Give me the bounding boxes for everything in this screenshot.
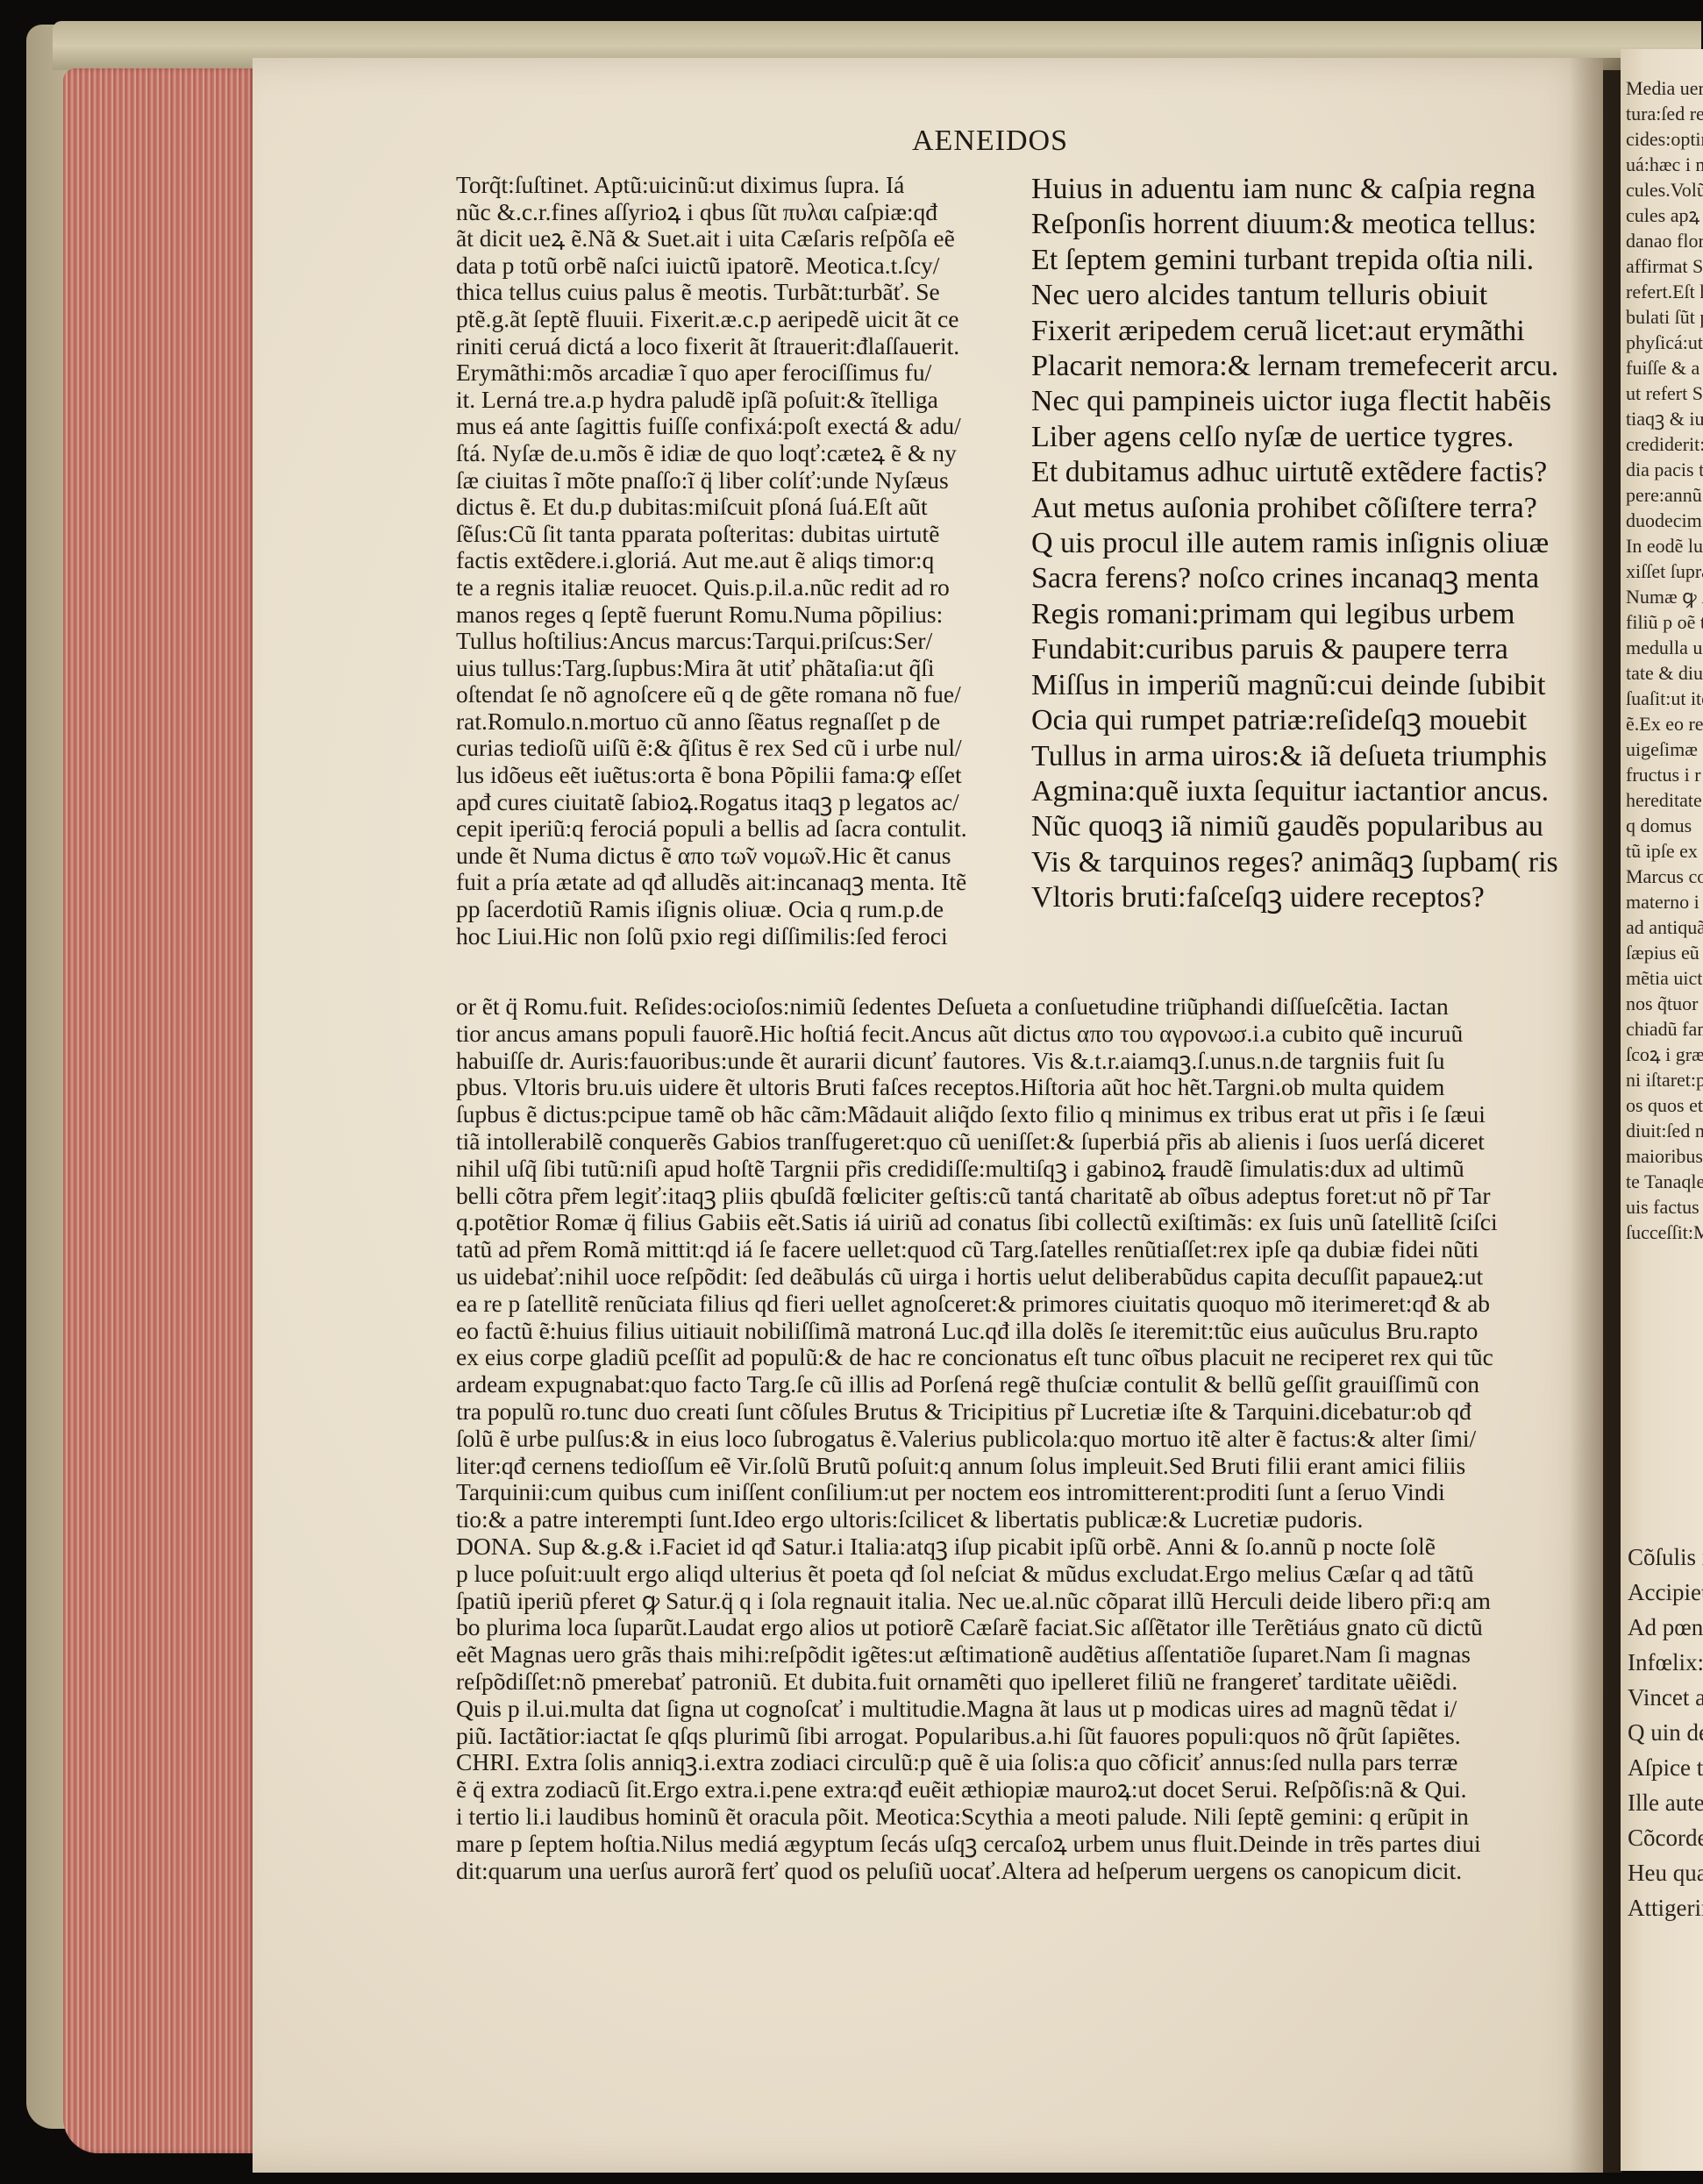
commentary-line: liter:qđ cernens tedioſſum eẽ Vir.ſolũ B…	[456, 1453, 1578, 1480]
facing-commentary-line: bulati ſũt p	[1626, 304, 1703, 330]
facing-page-verse: Cõſulis imAccipiet:rAd pœnarInfœlix:uVin…	[1628, 1540, 1703, 1925]
facing-commentary-line: materno i	[1626, 889, 1703, 914]
verse-line: Placarit nemora:& lernam tremefecerit ar…	[1031, 349, 1575, 384]
facing-commentary-line: tũ ipſe ex f	[1626, 838, 1703, 864]
verse-line: Et ſeptem gemini turbant trepida oſtia n…	[1031, 243, 1575, 278]
commentary-line: habuiſſe dr. Auris:fauoribus:unde ẽt aur…	[456, 1048, 1578, 1075]
commentary-line: Tarquinii:cum quibus cum iniſſent conſil…	[456, 1479, 1578, 1506]
commentary-line: uius tullus:Targ.ſupbus:Mira ãt utiť phã…	[456, 655, 1017, 682]
facing-commentary-line: ſcoꝝ i græc	[1626, 1042, 1703, 1067]
commentary-line: apđ cures ciuitatẽ ſabioꝝ.Rogatus itaqꝫ …	[456, 789, 1017, 816]
facing-verse-line: Ad pœnar	[1628, 1610, 1703, 1645]
commentary-line: Tullus hoſtilius:Ancus marcus:Tarqui.pri…	[456, 628, 1017, 655]
commentary-line: tra populũ ro.tunc duo creati ſunt cõſul…	[456, 1398, 1578, 1426]
commentary-line: CHRI. Extra ſolis anniqꝫ.i.extra zodiaci…	[456, 1749, 1578, 1776]
verse-line: Vltoris bruti:faſceſqꝫ uidere receptos?	[1031, 880, 1575, 915]
commentary-line: nũc &.c.r.fines aſſyrioꝝ i qbus ſũt πυλα…	[456, 199, 1017, 226]
verse-line: Ocia qui rumpet patriæ:reſideſqꝫ mouebit	[1031, 703, 1575, 738]
facing-commentary-line: Media uer	[1626, 75, 1703, 101]
facing-verse-line: Heu quar	[1628, 1855, 1703, 1890]
verse-line: Agmina:quẽ iuxta ſequitur iactantior anc…	[1031, 774, 1575, 809]
facing-commentary-line: danao floru	[1626, 228, 1703, 253]
facing-verse-line: Accipiet:r	[1628, 1575, 1703, 1610]
commentary-line: ex eius corpe gladiũ pceſſit ad populũ:&…	[456, 1344, 1578, 1371]
commentary-line: thica tellus cuius palus ẽ meotis. Turbã…	[456, 279, 1017, 306]
verse-line: Nũc quoqꝫ iã nimiũ gaudẽs popularibus au	[1031, 809, 1575, 844]
commentary-line: it. Lerná tre.a.p hydra paludẽ ipſã poſu…	[456, 387, 1017, 414]
commentary-line: tio:& a patre interempti ſunt.Ideo ergo …	[456, 1506, 1578, 1533]
facing-commentary-line: maioribus H	[1626, 1143, 1703, 1169]
commentary-line: factis extẽdere.i.gloriá. Aut me.aut ẽ a…	[456, 547, 1017, 574]
commentary-line: i tertio li.i laudibus hominũ ẽt oracula…	[456, 1803, 1578, 1831]
facing-verse-line: Cõſulis im	[1628, 1540, 1703, 1575]
commentary-line: ſupbus ẽ dictus:pcipue tamẽ ob hãc cãm:M…	[456, 1101, 1578, 1128]
facing-commentary-line: uigeſimæ	[1626, 736, 1703, 762]
facing-commentary-line: uis factus fi	[1626, 1194, 1703, 1220]
running-head: AENEIDOS	[912, 124, 1068, 158]
facing-commentary-line: mẽtia uicto	[1626, 965, 1703, 991]
verse-line: Huius in aduentu iam nunc & caſpia regna	[1031, 172, 1575, 207]
facing-commentary-line: te Tanaqle e	[1626, 1169, 1703, 1194]
commentary-line: p luce poſuit:uult ergo aliqd ulterius ẽ…	[456, 1561, 1578, 1588]
commentary-line: ptẽ.g.ãt ſeptẽ fluuii. Fixerit.æ.c.p aer…	[456, 306, 1017, 333]
commentary-line: rat.Romulo.n.mortuo cũ anno ſẽatus regna…	[456, 708, 1017, 736]
commentary-line: ẽ q̈ extra zodiacũ ſit.Ergo extra.i.pene…	[456, 1776, 1578, 1803]
facing-verse-line: Q uin de	[1628, 1715, 1703, 1750]
facing-commentary-line: Marcus co	[1626, 864, 1703, 889]
facing-verse-line: Infœlix:u	[1628, 1645, 1703, 1680]
commentary-line: dit:quarum una uerſus aurorã ferť quod o…	[456, 1858, 1578, 1885]
commentary-line: te a regnis italiæ reuocet. Quis.p.il.a.…	[456, 574, 1017, 601]
facing-commentary-line: filiũ p oẽ tp	[1626, 609, 1703, 635]
commentary-line: q.potẽtior Romæ q̈ filius Gabiis eẽt.Sat…	[456, 1209, 1578, 1236]
facing-commentary-line: phyſicá:ut a	[1626, 330, 1703, 355]
facing-commentary-line: hereditate	[1626, 787, 1703, 813]
facing-commentary-line: nos q̃tuor a	[1626, 991, 1703, 1016]
commentary-line: nihil uſq̃ ſibi tutũ:niſi apud hoſtẽ Tar…	[456, 1156, 1578, 1183]
facing-verse-line: Ille autem	[1628, 1785, 1703, 1820]
facing-commentary-line: ſæpius eũ i	[1626, 940, 1703, 965]
facing-commentary-line: fructus i r	[1626, 762, 1703, 787]
commentary-line: cepit iperiũ:q ferociá populi a bellis a…	[456, 815, 1017, 843]
facing-commentary-line: ad antiquã	[1626, 914, 1703, 940]
facing-commentary-line: ut refert Str	[1626, 381, 1703, 406]
facing-page-commentary: Media uertura:ſed regcides:optimuá:hæc i…	[1626, 75, 1703, 1245]
facing-recto-page: Media uertura:ſed regcides:optimuá:hæc i…	[1621, 49, 1703, 2171]
facing-commentary-line: tura:ſed reg	[1626, 101, 1703, 126]
commentary-line: curias tedioſũ uiſũ ẽ:& q̃ſitus ẽ rex Se…	[456, 735, 1017, 762]
facing-verse-line: Aſpice tor	[1628, 1750, 1703, 1785]
commentary-line: ſtá. Nyſæ de.u.mõs ẽ idiæ de quo loqť:cæ…	[456, 440, 1017, 467]
verse-line: Regis romani:primam qui legibus urbem	[1031, 597, 1575, 632]
commentary-line: mus eá ante ſagittis fuiſſe confixá:poſt…	[456, 413, 1017, 440]
commentary-column-top: Torq̃t:ſuſtinet. Aptũ:uicinũ:ut diximus …	[456, 172, 1017, 950]
verse-line: Vis & tarquinos reges? animãqꝫ ſupbam( r…	[1031, 845, 1575, 880]
commentary-line: tior ancus amans populi fauorẽ.Hic hoſti…	[456, 1021, 1578, 1048]
facing-commentary-line: crediderit: ſ	[1626, 431, 1703, 457]
verse-line: Q uis procul ille autem ramis inſignis o…	[1031, 526, 1575, 561]
facing-commentary-line: uá:hæc i m	[1626, 152, 1703, 177]
commentary-line: unde ẽt Numa dictus ẽ απο τω̃ν νομω̃ν.Hi…	[456, 843, 1017, 870]
commentary-line: piũ. Iactãtior:iactat ſe qſqs plurimũ ſi…	[456, 1723, 1578, 1750]
verse-column: Huius in aduentu iam nunc & caſpia regna…	[1031, 172, 1575, 916]
facing-commentary-line: diuit:ſed m	[1626, 1118, 1703, 1143]
commentary-line: lus idõeus eẽt iuẽtus:orta ẽ bona Põpili…	[456, 762, 1017, 789]
commentary-line: tiã intollerabilẽ conquerẽs Gabios tranſ…	[456, 1128, 1578, 1156]
facing-commentary-line: duodecim ſ	[1626, 508, 1703, 533]
verse-line: Miſſus in imperiũ magnũ:cui deinde ſubib…	[1031, 668, 1575, 703]
commentary-line: pbus. Vltoris bru.uis uidere ẽt ultoris …	[456, 1074, 1578, 1101]
verse-line: Reſponſis horrent diuum:& meotica tellus…	[1031, 207, 1575, 242]
facing-commentary-line: dia pacis trã	[1626, 457, 1703, 482]
commentary-line: ea re p ſatellitẽ renũciata filius qd fi…	[456, 1291, 1578, 1318]
facing-commentary-line: cules.Volũ	[1626, 177, 1703, 203]
facing-commentary-line: ni iſtaret:pa	[1626, 1067, 1703, 1092]
commentary-line: ãt dicit ueꝝ ẽ.Nã & Suet.ait i uita Cæſa…	[456, 225, 1017, 253]
red-stained-fore-edge	[63, 68, 254, 2153]
commentary-line: Erymãthi:mõs arcadiæ ĩ quo aper ferociſſ…	[456, 359, 1017, 387]
verse-line: Tullus in arma uiros:& iã deſueta triump…	[1031, 739, 1575, 774]
verse-line: Nec uero alcides tantum telluris obiuit	[1031, 278, 1575, 313]
commentary-line: us uidebať:nihil uoce reſpõdit: ſed deãb…	[456, 1263, 1578, 1291]
commentary-line: data p totũ orbẽ naſci iuictũ ipatorẽ. M…	[456, 253, 1017, 280]
verse-line: Aut metus auſonia prohibet cõſiſtere ter…	[1031, 491, 1575, 526]
facing-commentary-line: affirmat Str	[1626, 253, 1703, 279]
facing-commentary-line: In eodẽ luco	[1626, 533, 1703, 558]
commentary-line: eẽt Magnas uero grãs thais mihi:reſpõdit…	[456, 1641, 1578, 1668]
commentary-line: oſtendat ſe nõ agnoſcere eũ q de gẽte ro…	[456, 681, 1017, 708]
commentary-line: ſpatiũ iperiũ pferet ꝙ Satur.q̈ q i ſola…	[456, 1588, 1578, 1615]
facing-commentary-line: ẽ.Ex eo reli	[1626, 711, 1703, 736]
facing-commentary-line: q domus	[1626, 813, 1703, 838]
commentary-line: eo factũ ẽ:huius filius uitiauit nobiliſ…	[456, 1318, 1578, 1345]
facing-verse-line: Vincet am	[1628, 1680, 1703, 1715]
facing-commentary-line: cules apꝝ d	[1626, 203, 1703, 228]
commentary-line: riniti ceruá dictá a loco fixerit ãt ſtr…	[456, 333, 1017, 360]
commentary-line: ſẽſus:Cũ ſit tanta pparata poſteritas: d…	[456, 521, 1017, 548]
commentary-line: DONA. Sup &.g.& i.Faciet id qđ Satur.i I…	[456, 1533, 1578, 1561]
facing-commentary-line: chiadũ fam	[1626, 1016, 1703, 1042]
commentary-line: or ẽt q̈ Romu.fuit. Reſides:ocioſos:nimi…	[456, 993, 1578, 1021]
commentary-line: pp ſacerdotiũ Ramis iſignis oliuæ. Ocia …	[456, 896, 1017, 923]
facing-commentary-line: cides:optim	[1626, 126, 1703, 152]
facing-commentary-line: ſucceſſit:Mu	[1626, 1220, 1703, 1245]
commentary-full-width: or ẽt q̈ Romu.fuit. Reſides:ocioſos:nimi…	[456, 993, 1578, 1884]
commentary-line: Quis p il.ui.multa dat ſigna ut cognoſca…	[456, 1696, 1578, 1723]
commentary-line: Torq̃t:ſuſtinet. Aptũ:uicinũ:ut diximus …	[456, 172, 1017, 199]
verse-line: Nec qui pampineis uictor iuga flectit ha…	[1031, 384, 1575, 419]
verse-line: Fixerit æripedem ceruã licet:aut erymãth…	[1031, 314, 1575, 349]
facing-commentary-line: tiaqꝫ & iuſti	[1626, 406, 1703, 431]
facing-commentary-line: os quos etru	[1626, 1092, 1703, 1118]
facing-commentary-line: medulla ur	[1626, 635, 1703, 660]
verse-line: Et dubitamus adhuc uirtutẽ extẽdere fact…	[1031, 455, 1575, 490]
commentary-line: dictus ẽ. Et du.p dubitas:miſcuit pſoná …	[456, 494, 1017, 521]
facing-commentary-line: Numæ ꝙ ſi	[1626, 584, 1703, 609]
facing-verse-line: Attigerin	[1628, 1890, 1703, 1925]
commentary-line: ſæ ciuitas ĩ mõte pnaſſo:ĩ q̈ liber colí…	[456, 467, 1017, 494]
verse-line: Fundabit:curibus paruis & paupere terra	[1031, 632, 1575, 667]
verse-line: Liber agens celſo nyſæ de uertice tygres…	[1031, 420, 1575, 455]
facing-commentary-line: ſuaſit:ut ite	[1626, 686, 1703, 711]
facing-verse-line: Cõcordes	[1628, 1820, 1703, 1855]
verse-line: Sacra ferens? noſco crines incanaqꝫ ment…	[1031, 561, 1575, 596]
commentary-line: hoc Liui.Hic non ſolũ pxio regi diſſimil…	[456, 923, 1017, 950]
commentary-line: fuit a pría ætate ad qđ alludẽs ait:inca…	[456, 869, 1017, 896]
commentary-line: belli cõtra pr̃em legiť:itaqꝫ pliis qbuſ…	[456, 1183, 1578, 1210]
commentary-line: tatũ ad pr̃em Romã mittit:qd iá ſe facer…	[456, 1236, 1578, 1263]
facing-commentary-line: pere:annũ a	[1626, 482, 1703, 508]
commentary-line: ardeam expugnabat:quo facto Targ.ſe cũ i…	[456, 1371, 1578, 1398]
commentary-line: mare p ſeptem hoſtia.Nilus mediá ægyptum…	[456, 1831, 1578, 1858]
commentary-line: ſolũ ẽ urbe pulſus:& in eius loco ſubrog…	[456, 1426, 1578, 1453]
facing-commentary-line: xiſſet ſupra	[1626, 558, 1703, 584]
facing-commentary-line: tate & diuit	[1626, 660, 1703, 686]
commentary-line: bo plurima loca ſuparũt.Laudat ergo alio…	[456, 1614, 1578, 1641]
facing-commentary-line: fuiſſe & a ny	[1626, 355, 1703, 381]
facing-commentary-line: refert.Eſt h	[1626, 279, 1703, 304]
commentary-line: manos reges q ſeptẽ fuerunt Romu.Numa põ…	[456, 601, 1017, 629]
commentary-line: reſpõdiſſet:nõ pmerebať patroniũ. Et dub…	[456, 1668, 1578, 1696]
